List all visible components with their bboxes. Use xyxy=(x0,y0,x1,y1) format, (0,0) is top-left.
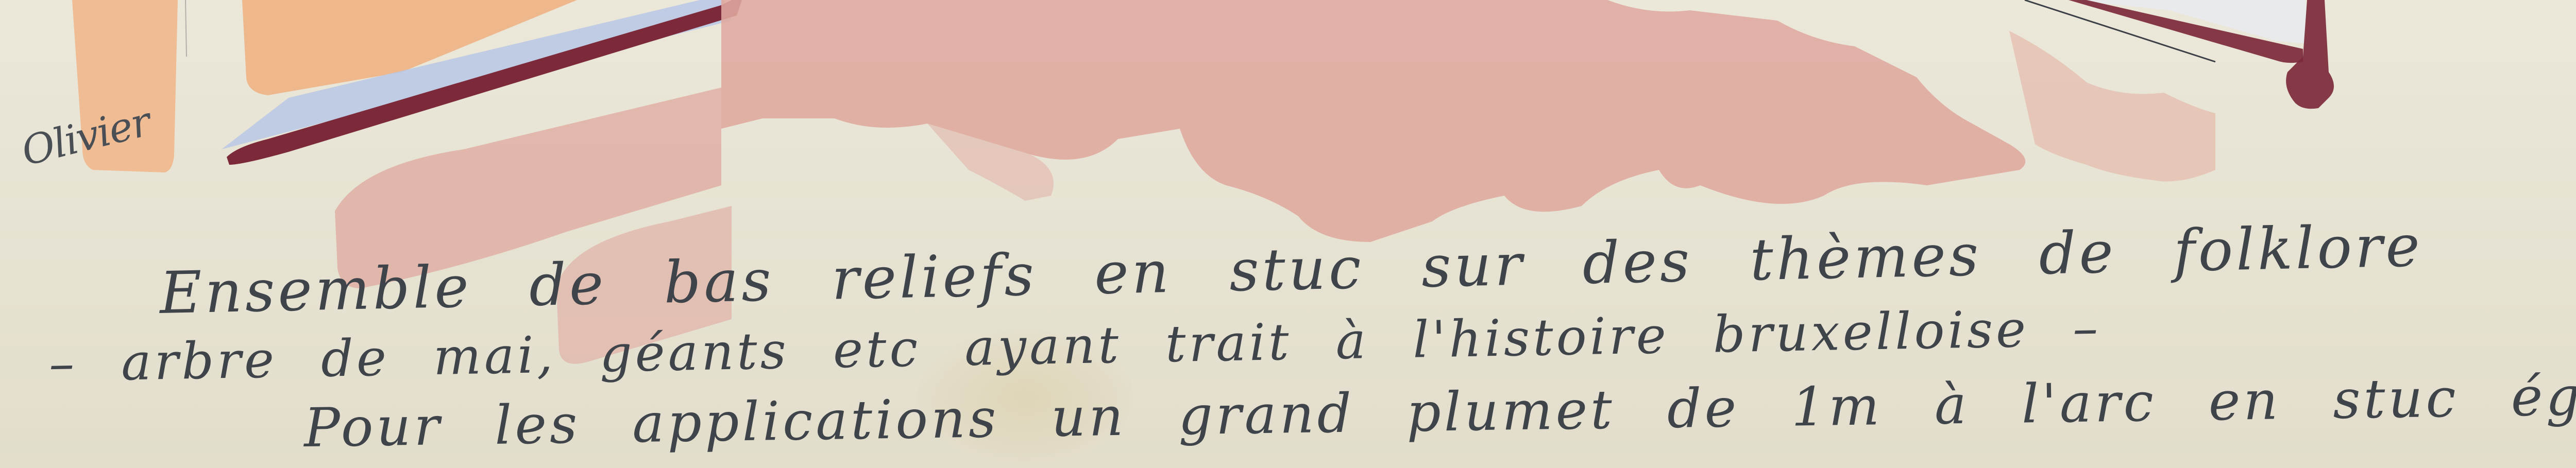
artwork-photo: Olivier Ensemble de bas reliefs en stuc … xyxy=(0,0,2576,468)
handwritten-notes: Ensemble de bas reliefs en stuc sur des … xyxy=(0,0,2576,468)
